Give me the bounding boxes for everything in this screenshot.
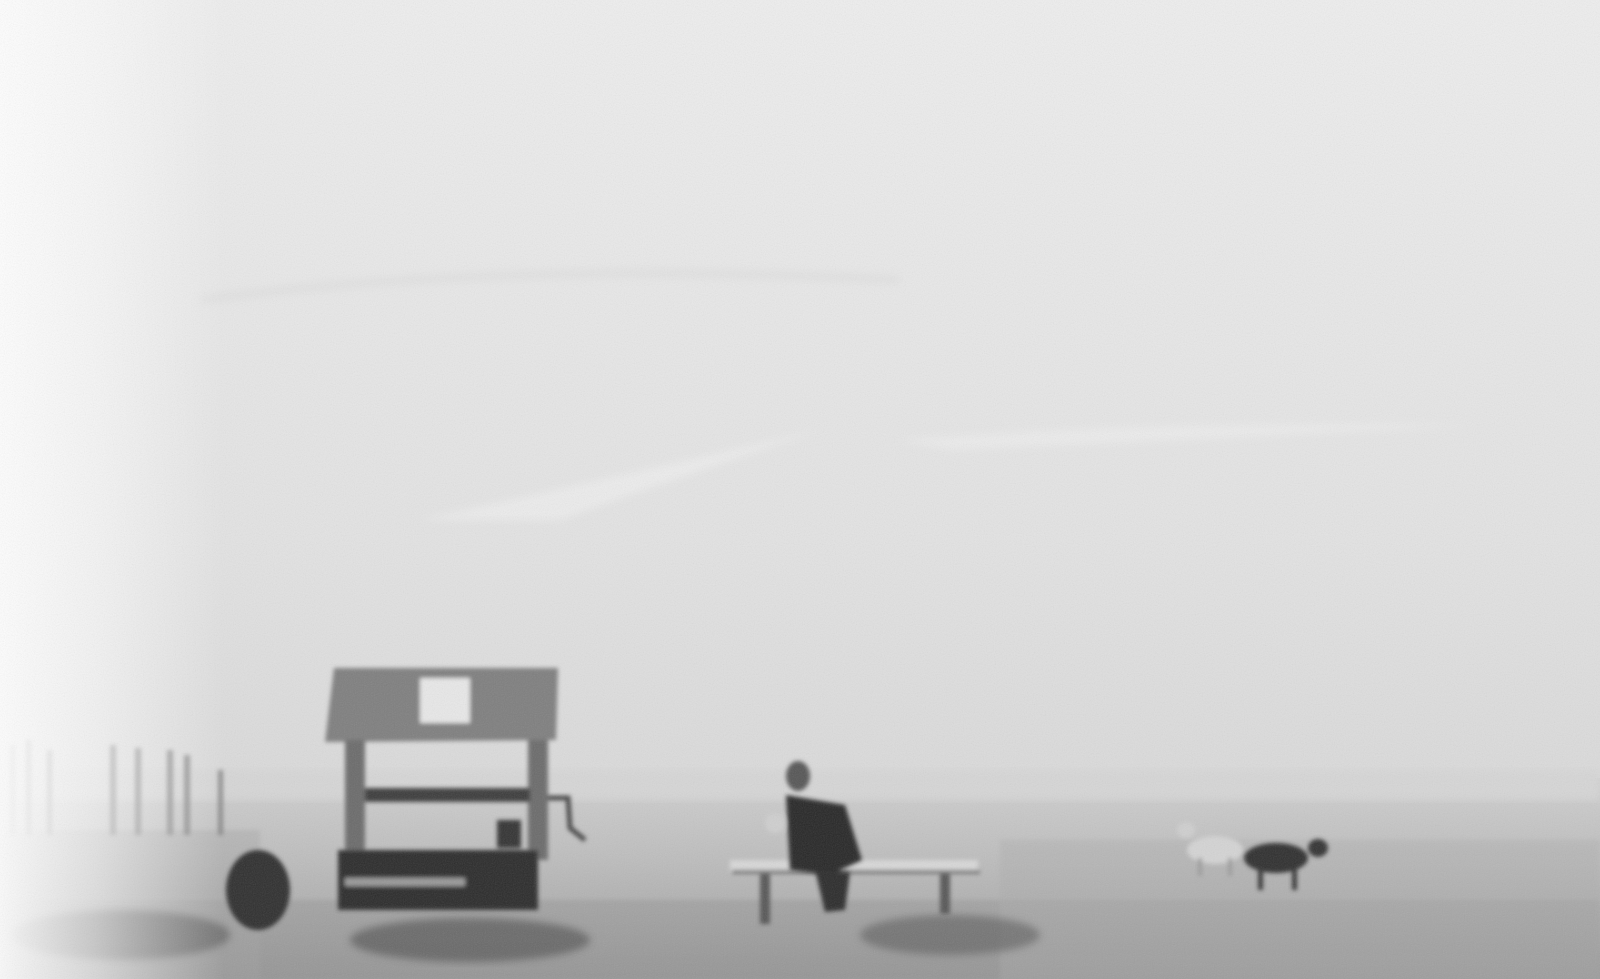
painting-scene xyxy=(0,0,1600,979)
landscape-painting xyxy=(0,0,1600,979)
film-grain xyxy=(0,0,1600,979)
